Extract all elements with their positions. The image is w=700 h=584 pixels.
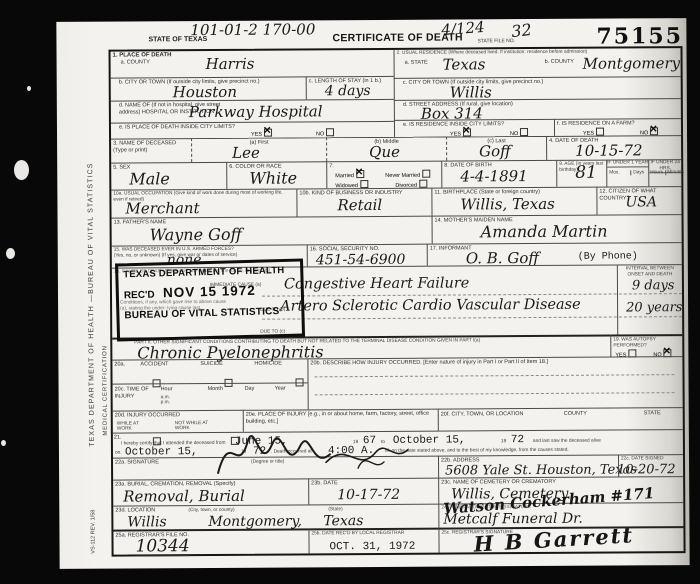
while-at-work-label: WHILE AT WORK — [117, 421, 147, 431]
death-city-limits-yes: YES — [251, 129, 272, 138]
age-value: 81 — [575, 165, 597, 182]
injury-city-label: 20f. CITY, TOWN, OR LOCATION — [441, 411, 524, 418]
residence-county-value: Montgomery — [583, 56, 681, 72]
field-injury-how-continued — [308, 380, 683, 409]
field-registrar-date: 25b. DATE REC'D BY LOCAL REGISTRAR OCT. … — [308, 528, 438, 554]
residence-farm-yes-checkbox — [596, 128, 604, 136]
date-of-death-value: 10-15-72 — [575, 143, 642, 158]
residence-city-limits-yes-checkbox — [463, 128, 471, 136]
residence-county-label: b. COUNTY — [545, 59, 574, 66]
cert-to-year: 72 — [511, 435, 524, 446]
field-place-of-death: 1. PLACE OF DEATH a. COUNTY Harris — [111, 50, 394, 78]
ampm-label: a.m. p.m. — [161, 395, 179, 405]
injury-how-label: 20b. DESCRIBE HOW INJURY OCCURRED. [Ente… — [310, 358, 680, 367]
field-occupation: 10a. USUAL OCCUPATION (Give kind of work… — [111, 188, 296, 217]
city-of-death-value: Houston — [173, 85, 237, 100]
cert-on-word: on. — [115, 451, 122, 456]
burial-location-city-value: Willis — [127, 515, 166, 529]
cert-yr2: 19 — [501, 439, 506, 444]
field-date-signed: 22c. DATE SIGNED 10-20-72 — [618, 454, 683, 476]
field-length-of-stay: c. LENGTH OF STAY (in 1 b.) 4 days — [306, 76, 394, 100]
certification-number: 21. — [114, 435, 122, 442]
residence-farm-no-checkbox — [650, 127, 658, 135]
field-industry: 10b. KIND OF BUSINESS OR INDUSTRY Retail — [296, 188, 431, 217]
burial-location-state-value: Texas — [323, 514, 363, 528]
state-file-no-label: STATE FILE NO. — [477, 38, 515, 44]
field-interval-onset-death: INTERVAL BETWEEN ONSET AND DEATH 9 days … — [617, 264, 682, 334]
certification-text4: M. on the date stated above, and to the … — [385, 447, 675, 454]
field-father-name: 13. FATHER'S NAME Wayne Goff — [112, 216, 432, 246]
informant-note: (By Phone) — [578, 252, 638, 262]
medical-certification-vertical-label: MEDICAL CERTIFICATION — [102, 345, 109, 435]
hour-label: Hour — [161, 386, 173, 393]
divorced-checkbox — [419, 180, 427, 188]
father-value: Wayne Goff — [150, 227, 242, 244]
county-value: Harris — [206, 57, 255, 72]
field-if-under-1-year: IF UNDER 1 YEAR Mos. Days — [606, 159, 648, 186]
handwritten-number: 4/124 — [441, 20, 485, 38]
burial-date-value: 10-17-72 — [337, 488, 400, 502]
injury-work-label: 20d. INJURY OCCURRED — [115, 412, 241, 419]
death-city-limits-no-checkbox — [326, 128, 334, 136]
married-checkbox — [356, 170, 364, 178]
field-hospital: d. NAME OF (If not in hospital, give str… — [111, 99, 394, 123]
middle-name-value: Que — [369, 145, 400, 160]
field-burial-date: 23b. DATE 10-17-72 — [308, 478, 438, 505]
physician-signature-scrawl — [208, 422, 428, 481]
hospital-value: Parkway Hospital — [189, 104, 323, 120]
sex-value: Male — [129, 171, 170, 187]
due-b-interval-value: 20 years — [626, 301, 682, 314]
field-burial-location: 23d. LOCATION (City, town, or county) (S… — [113, 504, 438, 530]
field-street-address: d. STREET ADDRESS (If rural, give locati… — [394, 98, 681, 120]
field-burial-type: 23a. BURIAL, CREMATION, REMOVAL (Specify… — [113, 478, 308, 505]
immediate-interval-value: 9 days — [632, 279, 675, 292]
day-label: Day — [245, 386, 255, 393]
minutes-label: Minutes — [665, 170, 684, 175]
field-injury-how: 20b. DESCRIBE HOW INJURY OCCURRED. [Ente… — [307, 356, 682, 382]
married-label: Married — [335, 173, 354, 179]
received-stamp: TEXAS DEPARTMENT OF HEALTH REC'D NOV 15 … — [115, 258, 305, 341]
due-to-b-value: Artero Sclerotic Cardio Vascular Disease — [280, 298, 581, 314]
registrar-date-value: OCT. 31, 1972 — [330, 542, 416, 554]
field-residence-inside-city-limits: e. IS RESIDENCE INSIDE CITY LIMITS? YES … — [394, 119, 554, 137]
injury-type-label: 20a. — [114, 362, 125, 369]
field-birthplace: 11. BIRTHPLACE (State or foreign country… — [431, 187, 596, 216]
injury-how-answer-line — [315, 374, 675, 377]
burial-date-label: 23b. DATE — [311, 480, 436, 487]
field-registrar-file-no: 25a. REGISTRAR'S FILE NO. 10344 — [113, 528, 308, 554]
hours-label: Hours — [650, 170, 663, 175]
date-of-birth-value: 4-4-1891 — [460, 169, 527, 184]
under-1-year-label: IF UNDER 1 YEAR — [607, 160, 648, 167]
occupation-value: Merchant — [125, 201, 199, 216]
film-speck — [6, 248, 15, 259]
physician-address-value: 5608 Yale St. Houston, Texas — [445, 463, 637, 477]
state-file-no-handwritten: 32 — [511, 22, 533, 40]
field-date-of-birth: 8. DATE OF BIRTH 4-4-1891 — [441, 160, 556, 188]
injury-county-label: COUNTY — [564, 411, 587, 418]
registrar-date-label: 25b. DATE REC'D BY LOCAL REGISTRAR — [311, 531, 436, 538]
registrar-file-value: 10344 — [135, 538, 189, 556]
field-city-of-death: b. CITY OR TOWN (If outside city limits,… — [111, 76, 306, 100]
field-first-name: (a) First Lee — [191, 137, 326, 162]
left-margin-vertical-text: TEXAS DEPARTMENT OF HEALTH —BUREAU OF VI… — [87, 162, 96, 446]
days-label: Days — [630, 170, 644, 175]
field-name-of-deceased: 3. NAME OF DECEASED (Type or print) — [111, 138, 191, 162]
stamp-line3: BUREAU OF VITAL STATISTICS — [124, 306, 296, 322]
field-citizenship: 12. CITIZEN OF WHAT COUNTRY? USA — [596, 186, 681, 215]
armed-forces-sublabel: (Yes, no, or unknown) (If yes, give war … — [114, 252, 305, 259]
mother-value: Amanda Martin — [481, 224, 608, 241]
marital-never-married: Never Married — [385, 170, 430, 179]
scanned-death-certificate: STATE OF TEXAS 101-01-2 170-00 CERTIFICA… — [0, 0, 700, 584]
months-label: Mos. — [609, 170, 619, 175]
not-while-at-work-label: NOT WHILE AT WORK — [175, 421, 209, 431]
field-middle-name: (b) Middle Que — [326, 137, 446, 162]
field-death-inside-city-limits: e. IS PLACE OF DEATH INSIDE CITY LIMITS?… — [111, 121, 394, 139]
widowed-checkbox — [360, 180, 368, 188]
birthplace-value: Willis, Texas — [460, 197, 554, 213]
film-speck — [27, 86, 31, 91]
residence-state-value: Texas — [443, 57, 486, 72]
death-city-limits-no: NO — [316, 128, 334, 137]
burial-location-county-value: Montgomery, — [208, 514, 302, 529]
field-informant: 17. INFORMANT O. B. Goff (By Phone) — [427, 242, 682, 266]
homicide-label: HOMICIDE — [254, 361, 282, 368]
field-injury-location: 20f. CITY, TOWN, OR LOCATION COUNTY STAT… — [438, 407, 683, 430]
field-ssn: 16. SOCIAL SECURITY NO. 451-54-6900 — [307, 244, 427, 267]
burial-location-state-hint: (State) — [328, 507, 342, 512]
residence-city-label: c. CITY OR TOWN (If outside city limits,… — [403, 78, 679, 86]
field-marital-status: 7. Married Never Married Widowed Divorce… — [326, 161, 441, 189]
field-mother-name: 14. MOTHER'S MAIDEN NAME Amanda Martin — [432, 214, 682, 244]
death-city-limits-yes-checkbox — [264, 129, 272, 137]
never-married-checkbox — [422, 170, 430, 178]
form-code-vertical-label: VS-112 REV. 1/58 — [90, 510, 96, 554]
immediate-cause-value: Congestive Heart Failure — [284, 276, 469, 292]
field-last-name: (c) Last Goff — [446, 136, 546, 161]
stamp-recd: REC'D — [124, 289, 155, 301]
injury-state-label: STATE — [644, 410, 661, 417]
field-autopsy: 19. WAS AUTOPSY PERFORMED? YES NO — [610, 334, 682, 356]
first-name-value: Lee — [232, 146, 260, 161]
residence-state-label: a. STATE — [405, 60, 428, 67]
field-residence-city: c. CITY OR TOWN (If outside city limits,… — [394, 76, 681, 100]
month-label: Month — [208, 386, 223, 393]
date-signed-value: 10-20-72 — [617, 463, 676, 476]
residence-farm-label: f. IS RESIDENCE ON A FARM? — [557, 120, 679, 127]
injury-time-label: 20c. TIME OF INJURY — [115, 386, 155, 399]
certificate-form: 1. PLACE OF DEATH a. COUNTY Harris b. CI… — [109, 46, 686, 556]
burial-location-label: 23d. LOCATION — [115, 507, 155, 514]
registration-code-handwritten: 101-01-2 170-00 — [190, 22, 315, 38]
never-married-label: Never Married — [385, 173, 420, 179]
industry-value: Retail — [337, 198, 382, 213]
field-if-under-24-hrs: IF UNDER 24 HRS. Hours Minutes — [648, 159, 681, 186]
film-speck — [14, 160, 29, 180]
certificate-paper: STATE OF TEXAS 101-01-2 170-00 CERTIFICA… — [56, 18, 689, 569]
certification-text2: and last saw the deceased alive — [533, 439, 601, 444]
last-name-value: Goff — [479, 144, 511, 159]
length-of-stay-value: 4 days — [325, 84, 371, 98]
marital-married: Married — [335, 170, 364, 179]
field-usual-residence: 2. USUAL RESIDENCE (Where deceased lived… — [394, 48, 681, 78]
residence-city-limits-no-checkbox — [520, 128, 528, 136]
stamp-line1: TEXAS DEPARTMENT OF HEALTH — [123, 265, 295, 281]
field-age: 9. AGE (In years last birthday) 81 — [556, 160, 606, 187]
injury-how-answer-line2 — [315, 392, 675, 395]
residence-city-limits-label: e. IS RESIDENCE INSIDE CITY LIMITS? — [403, 121, 552, 129]
stamp-date: NOV 15 1972 — [163, 283, 256, 301]
accident-label: ACCIDENT — [140, 361, 168, 368]
field-injury-time: 20c. TIME OF INJURY Hour a.m. p.m. Month… — [113, 382, 308, 410]
film-speck — [1, 440, 6, 446]
citizenship-value: USA — [625, 195, 657, 209]
name-label: 3. NAME OF DECEASED (Type or print) — [113, 140, 189, 154]
burial-type-value: Removal, Burial — [123, 489, 245, 505]
field-date-of-death: 4. DATE OF DEATH 10-15-72 — [546, 135, 681, 160]
interval-header: INTERVAL BETWEEN ONSET AND DEATH — [620, 266, 680, 278]
field-physician-address: 22b. ADDRESS 5608 Yale St. Houston, Texa… — [438, 455, 618, 478]
residence-city-value: Willis — [450, 85, 492, 100]
year-label: Year — [275, 386, 286, 393]
race-value: White — [249, 170, 297, 186]
burial-location-city-hint: (City, town, or county) — [188, 508, 234, 513]
field-sex: 5. SEX Male — [111, 162, 226, 190]
field-injury-type: 20a. ACCIDENT SUICIDE HOMICIDE — [112, 358, 307, 383]
field-color-or-race: 6. COLOR OR RACE White — [226, 161, 326, 189]
field-residence-on-farm: f. IS RESIDENCE ON A FARM? YES NO — [554, 118, 681, 136]
stamp-date-row: REC'D NOV 15 1972 — [124, 281, 296, 304]
suicide-label: SUICIDE — [200, 361, 222, 368]
